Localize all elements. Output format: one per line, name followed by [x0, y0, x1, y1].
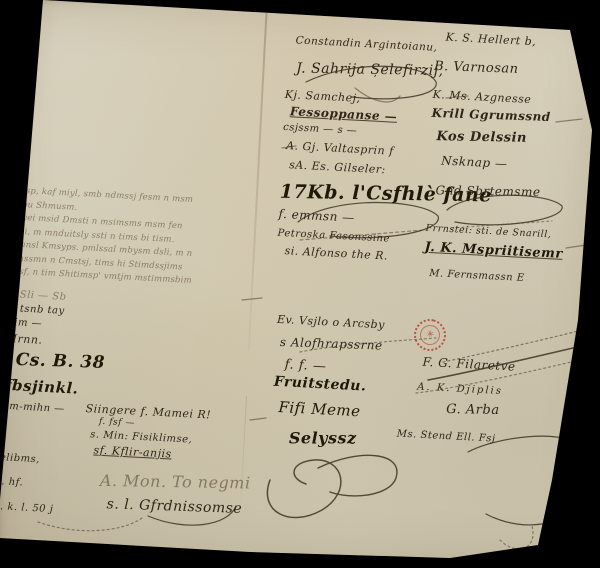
signature: F. G. Filaretve	[422, 355, 557, 376]
signature: s. l. Gfrdnissomse	[106, 496, 249, 517]
signature: B. Varnosan	[434, 59, 573, 79]
signature: Nsknap —	[441, 153, 568, 174]
margin-mark: p. k. l. 50 j	[0, 501, 54, 515]
signature: h. fsim —	[0, 316, 107, 333]
signature: Frrnstei: sti. de Snarill,	[425, 223, 564, 241]
flourish-grand-loop	[318, 455, 397, 496]
margin-mark: felibms,	[0, 452, 56, 466]
signature: s. A. Sli — Sb	[0, 288, 109, 305]
signature: D. Cs. B. 38	[0, 349, 105, 373]
flourish-tail	[500, 526, 533, 549]
signature: Kos Delssin	[436, 129, 568, 146]
red-seal-inner-ring: ✳	[418, 323, 442, 347]
fold-crease	[248, 3, 268, 351]
faded-paragraph: mmusp, kaf miyl, smb ndmssj fesm n msm h…	[0, 184, 274, 293]
left-margin-marks: felibms, h. hf. p. k. l. 50 j	[0, 452, 56, 515]
signature: Krill Ggrumssnd	[431, 106, 570, 125]
manuscript-page: mmusp, kaf miyl, smb ndmssj fesm n msm h…	[0, 0, 600, 568]
flourish-loop	[486, 496, 580, 525]
signature: K. S. Hellert b,	[445, 31, 574, 51]
signature: M. Fernsmassn E	[429, 268, 562, 286]
scan-background: { "background_color": "#000000", "paper"…	[0, 0, 600, 568]
signature: mi fi tsnb tay	[0, 302, 108, 319]
flourish-grand-loop	[267, 460, 340, 518]
signature: Gnd Sbrtemsme	[435, 183, 565, 199]
pen-hairline	[38, 518, 142, 531]
signature: G. Arba	[446, 402, 554, 419]
lower-left-signatures: Siingere f. Mamei R! f. fsf — s. Min: Fi…	[80, 402, 254, 520]
right-signature-column: K. S. Hellert b, B. Varnosan K. Ms. Azgn…	[414, 30, 574, 448]
red-seal-symbol: ✳	[425, 330, 435, 341]
left-signature-column: s. A. Sli — Sb mi fi tsnb tay h. fsim — …	[0, 288, 109, 417]
signature: A. K. Djiplis	[417, 382, 556, 400]
signature: A. Mon. To negmi	[100, 471, 251, 493]
signature: A. Mrnn.	[0, 331, 106, 350]
signature: J. K. Mspriitisemr	[424, 240, 563, 262]
margin-mark: h. hf.	[0, 476, 55, 490]
signature: K. Ms. Azgnesse	[432, 88, 571, 108]
signature: Sffbsjinkl.	[0, 375, 104, 399]
